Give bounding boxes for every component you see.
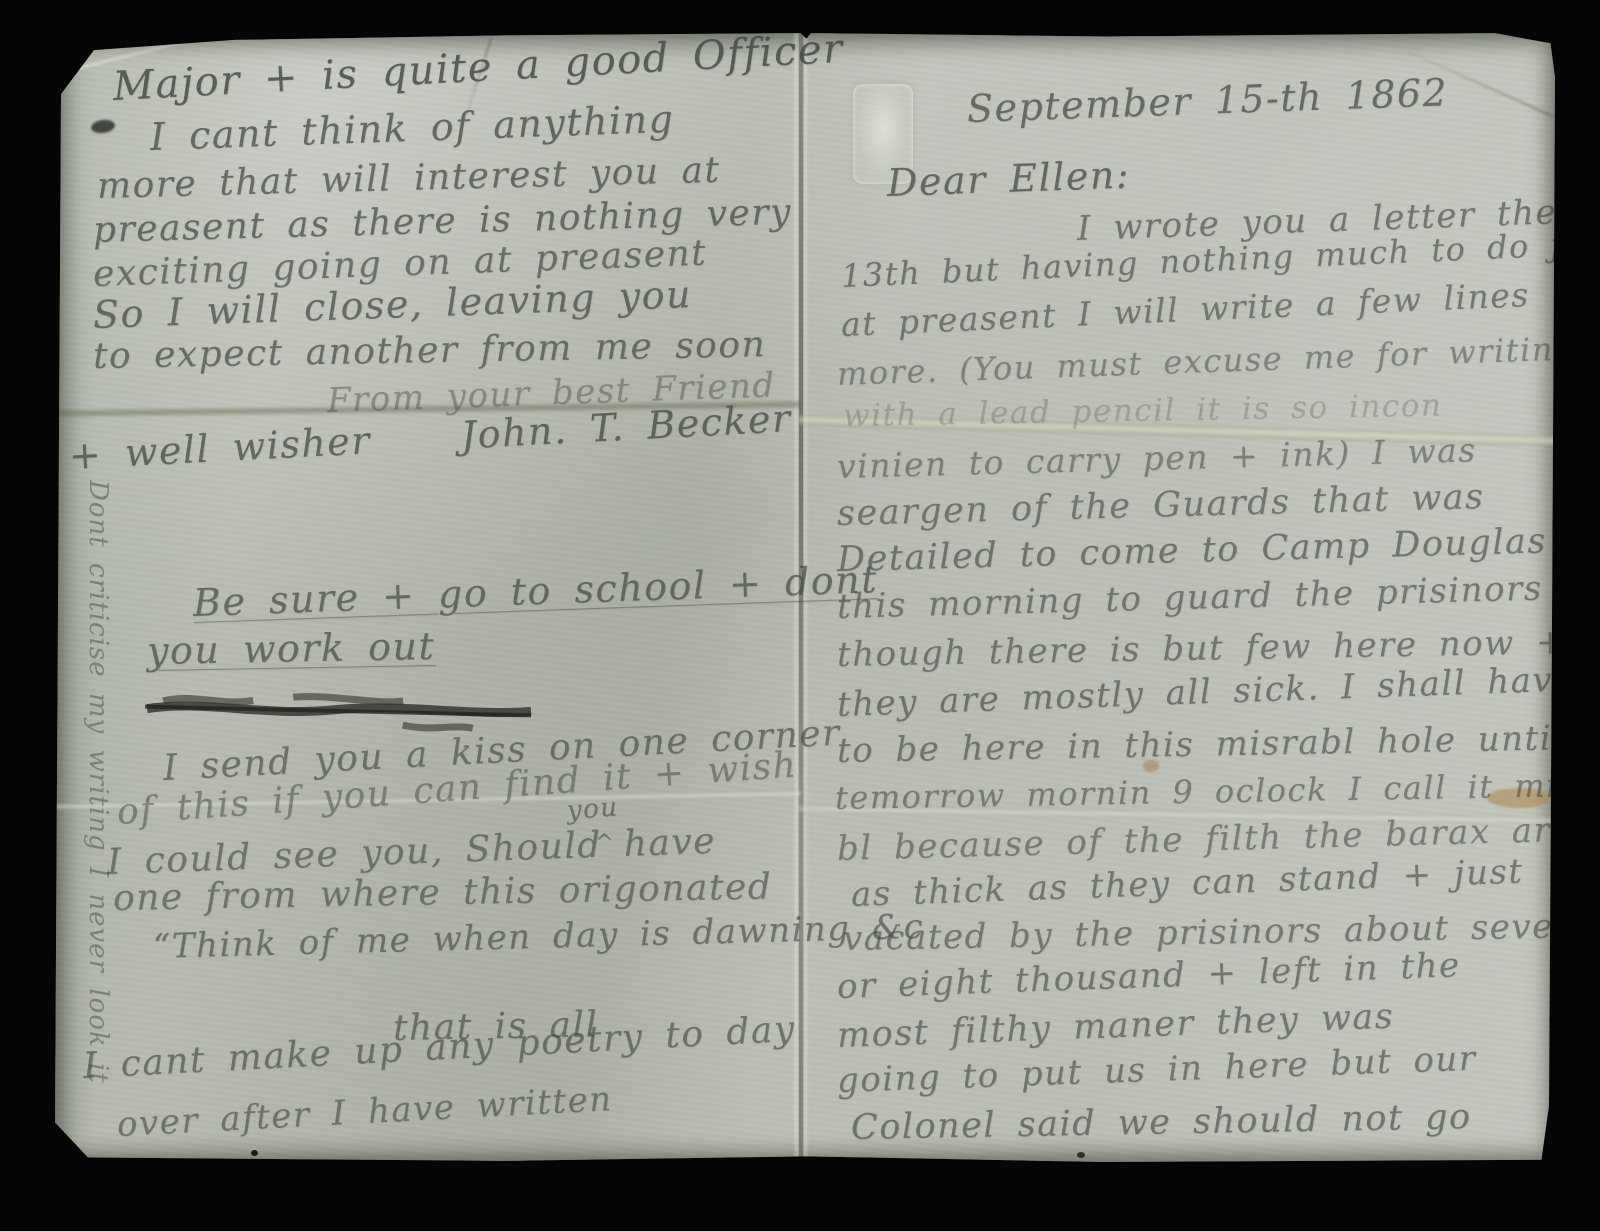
handwritten-line: vinien to carry pen + ink) I was	[837, 433, 1478, 484]
handwritten-line: with a lead pencil it is so incon	[843, 390, 1443, 433]
handwritten-line: more. (You must excuse me for writing	[836, 332, 1555, 391]
letter-page-right: September 15-th 1862Dear Ellen:I wrote y…	[55, 32, 1555, 1162]
handwritten-line: Dear Ellen:	[886, 156, 1130, 204]
scan-background: Dont criticise my writing I never look i…	[0, 0, 1600, 1231]
handwritten-line: to be here in this misrabl hole untill	[837, 721, 1555, 770]
handwritten-line: this morning to guard the prisinors	[837, 572, 1544, 626]
handwritten-line: temorrow mornin 9 oclock I call it miser…	[835, 768, 1555, 816]
letter-paper: Dont criticise my writing I never look i…	[55, 32, 1555, 1162]
handwritten-line: Colonel said we should not go	[851, 1099, 1472, 1147]
handwritten-line: September 15-th 1862	[966, 73, 1449, 130]
